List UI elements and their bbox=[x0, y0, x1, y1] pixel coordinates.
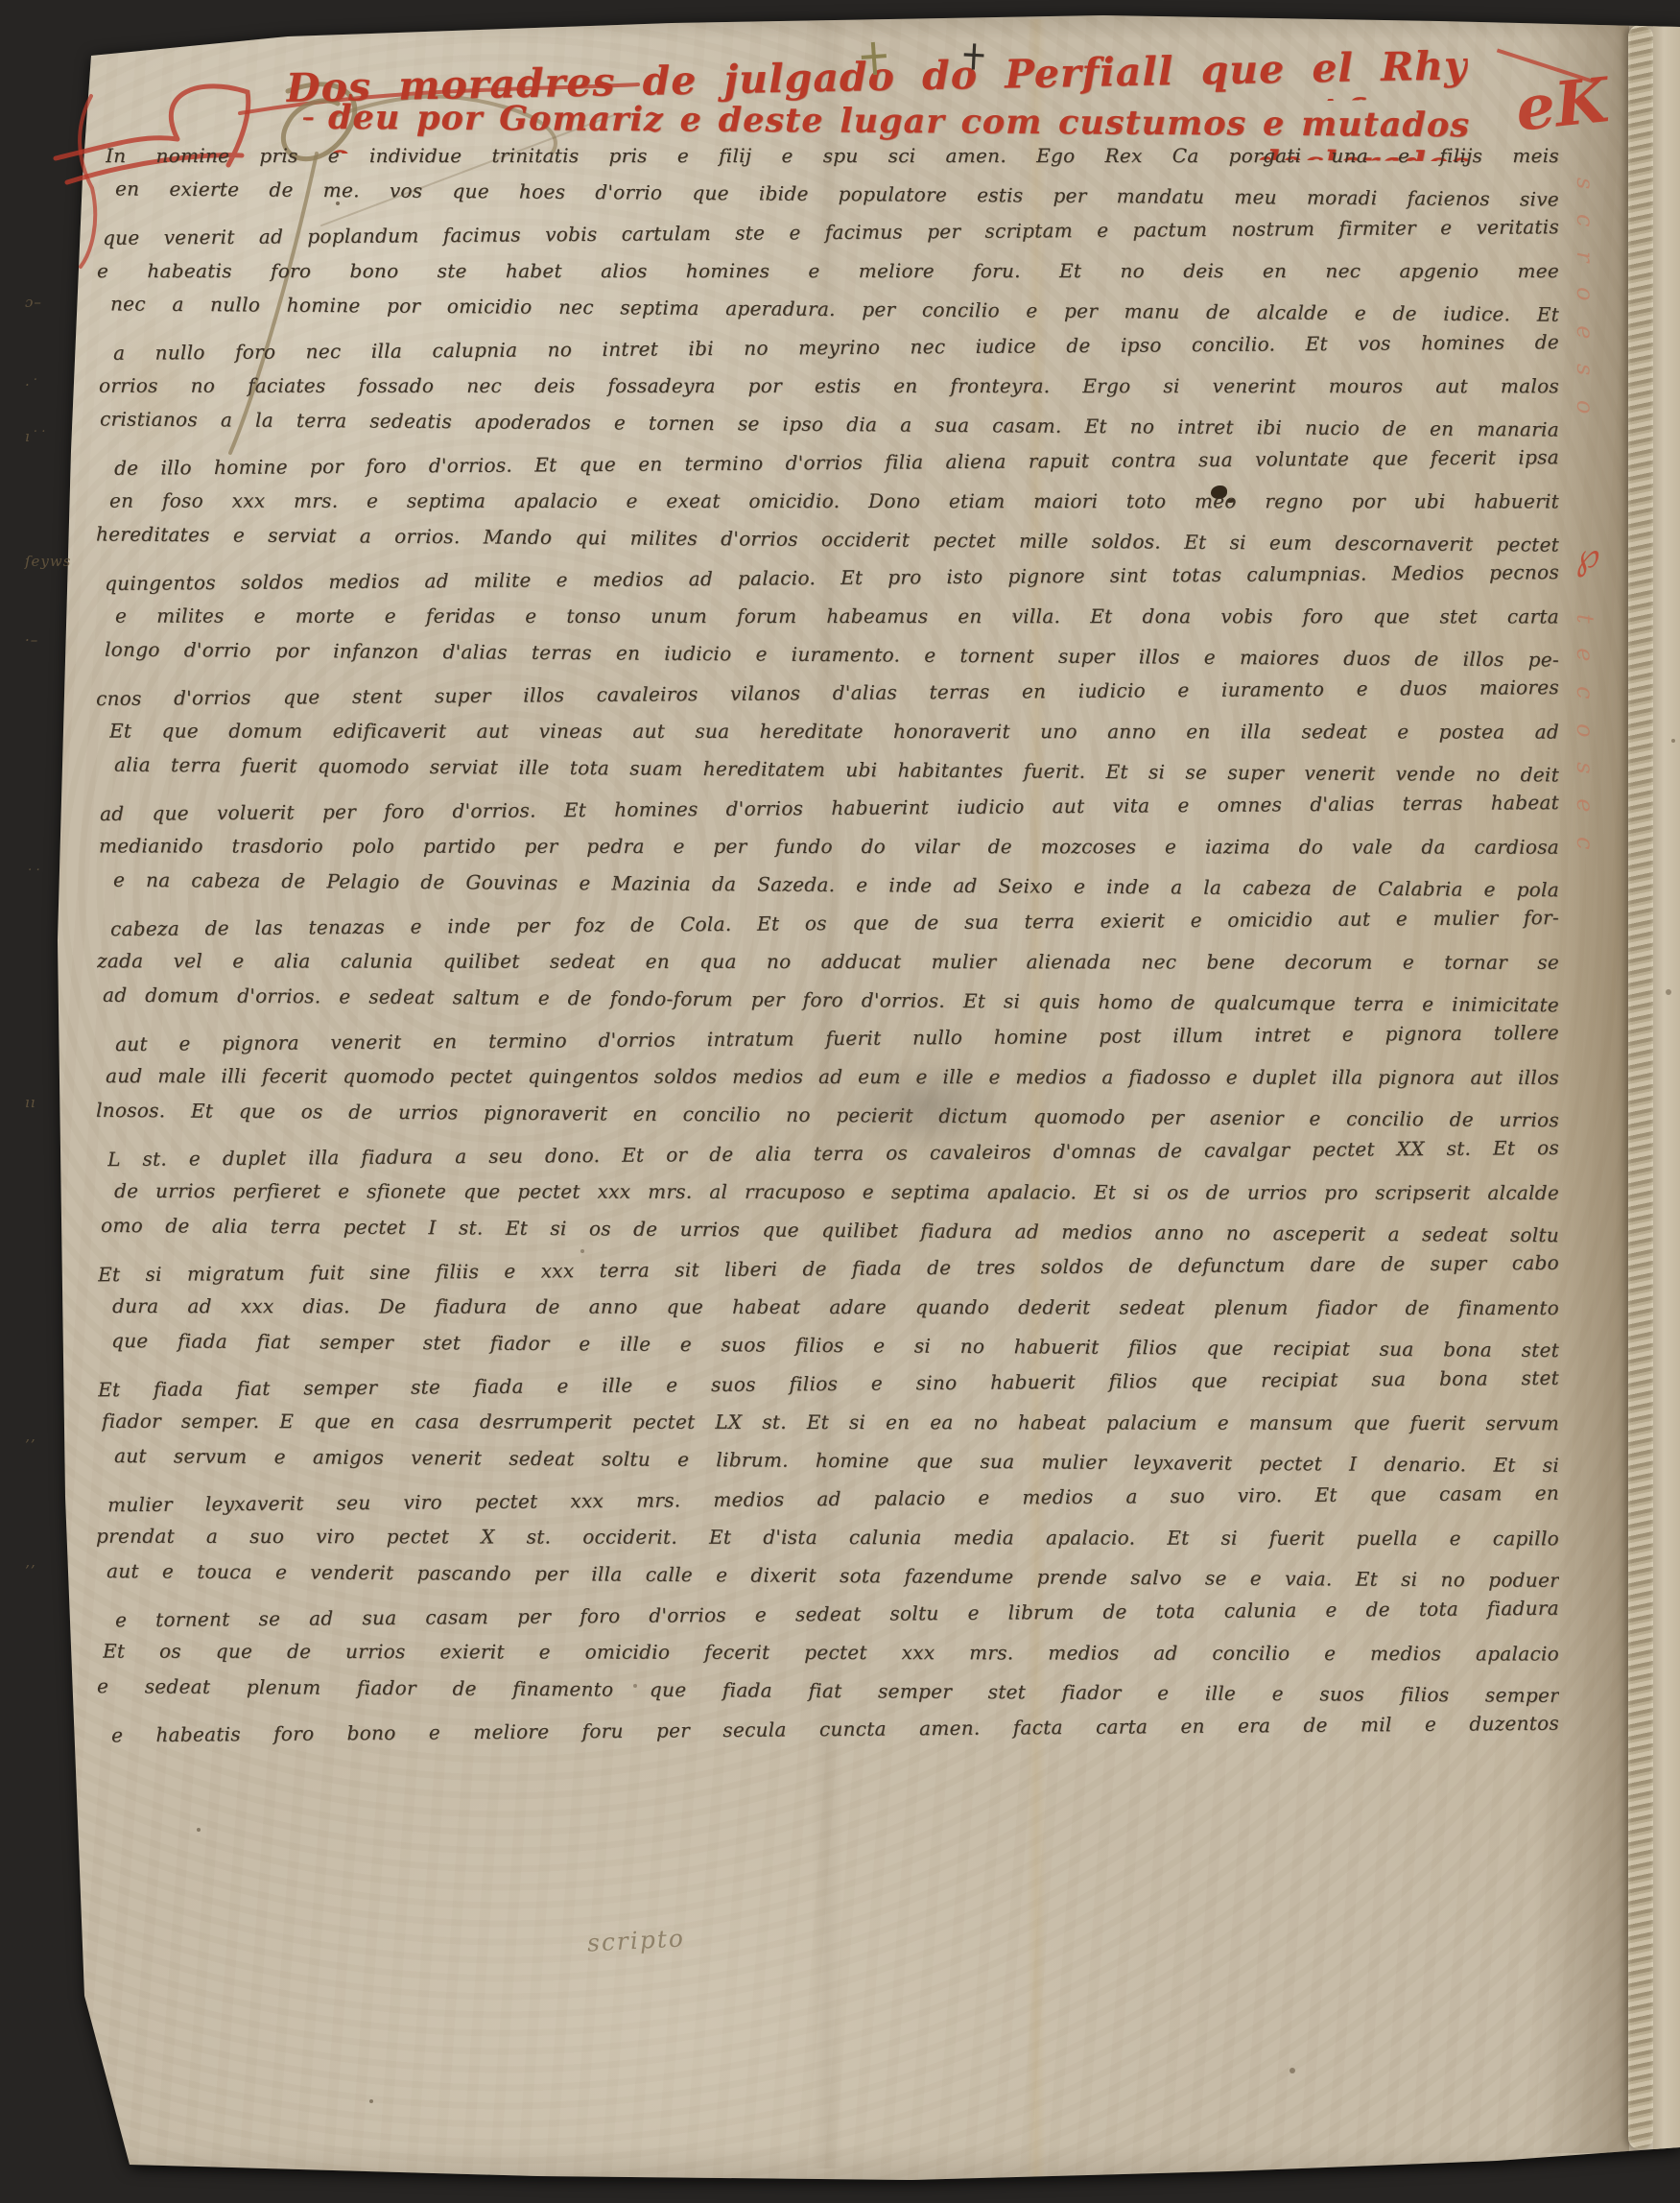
margin-note: ’’ bbox=[25, 1436, 36, 1454]
adjacent-folio-edge bbox=[1653, 25, 1680, 2151]
margin-note: ı˙˙ bbox=[25, 428, 47, 445]
marginal-red-writing: t e c o s e c bbox=[1572, 614, 1598, 858]
manuscript-line: prendat a suo viro pectet X st. occideri… bbox=[96, 1525, 1559, 1553]
manuscript-line: Et que domum edificaverit aut vineas aut… bbox=[109, 719, 1559, 746]
margin-note: ˙˙ bbox=[25, 866, 41, 884]
rubric-paraph-mark: eK bbox=[1512, 64, 1612, 146]
manuscript-line: dura ad xxx dias. De fiadura de anno que… bbox=[112, 1294, 1559, 1322]
manuscript-line: fiador semper. E que en casa desrrumperi… bbox=[102, 1409, 1559, 1437]
margin-note: ſeyws bbox=[25, 553, 71, 570]
manuscript-line: zada vel e alia calunia quilibet sedeat … bbox=[97, 949, 1559, 977]
cross-mark-icon bbox=[861, 41, 887, 76]
manuscript-line: e habeatis foro bono ste habet alios hom… bbox=[97, 259, 1559, 285]
colophon-scripto: scripto bbox=[586, 1924, 685, 1956]
manuscript-line: de urrios perfieret e sfionete que pecte… bbox=[114, 1179, 1559, 1207]
manuscript-line: Et os que de urrios exierit e omicidio f… bbox=[103, 1640, 1559, 1669]
manuscript-line: aud male illi fecerit quomodo pectet qui… bbox=[106, 1064, 1559, 1092]
manuscript-scan: Dos moradres de julgado do Perfiall que … bbox=[0, 0, 1680, 2203]
manuscript-line: In nomine pris e individue trinitatis pr… bbox=[106, 144, 1559, 170]
margin-note: ·– bbox=[25, 631, 38, 649]
manuscript-line: orrios no faciates fossado nec deis foss… bbox=[99, 374, 1559, 401]
marginal-red-writing: s c r o e s o bbox=[1572, 178, 1598, 422]
margin-note: ɔ– bbox=[25, 294, 42, 311]
binding-cord bbox=[1628, 25, 1653, 2149]
margin-note: ’’ bbox=[25, 1562, 36, 1579]
manuscript-line: e milites e morte e feridas e tonso unum… bbox=[115, 604, 1559, 631]
margin-note: ıı bbox=[25, 1094, 36, 1111]
manuscript-line: medianido trasdorio polo partido per ped… bbox=[99, 834, 1559, 861]
manuscript-line: en foso xxx mrs. e septima apalacio e ex… bbox=[109, 489, 1559, 516]
margin-note: ·˙ bbox=[25, 376, 38, 393]
cross-mark-icon bbox=[963, 43, 984, 70]
